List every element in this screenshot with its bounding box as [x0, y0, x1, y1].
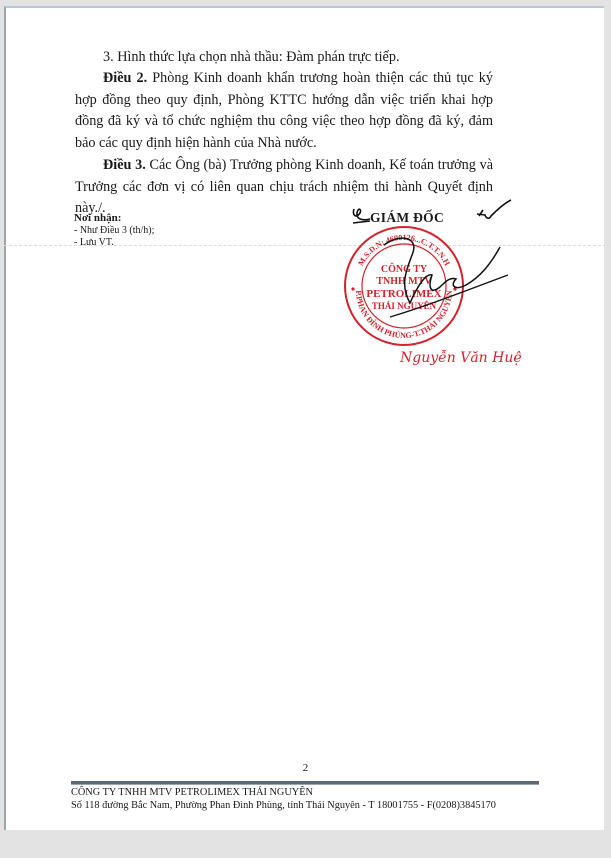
item-3-text: 3. Hình thức lựa chọn nhà thầu: Đàm phán… — [103, 49, 400, 65]
signature-title-text: GIÁM ĐỐC — [370, 210, 444, 225]
recipients-title: Nơi nhận: — [74, 211, 154, 225]
recipients: Nơi nhận: - Như Điều 3 (th/h); - Lưu VT. — [74, 211, 154, 249]
footer-company: CÔNG TY TNHH MTV PETROLIMEX THÁI NGUYÊN — [71, 786, 496, 799]
checkmark-icon — [475, 198, 515, 226]
recipient-item: - Lưu VT. — [74, 237, 154, 249]
footer: CÔNG TY TNHH MTV PETROLIMEX THÁI NGUYÊN … — [71, 786, 496, 812]
page-number: 2 — [0, 762, 611, 774]
page-number-text: 2 — [303, 762, 309, 774]
article-3-label: Điều 3. — [103, 157, 146, 173]
signer-name-text: Nguyễn Văn Huệ — [400, 350, 522, 366]
handwritten-signature — [370, 225, 510, 335]
footer-address: Số 118 đường Bắc Nam, Phường Phan Đình P… — [71, 799, 496, 812]
article-2-label: Điều 2. — [103, 70, 147, 86]
signer-name: Nguyễn Văn Huệ — [400, 350, 522, 366]
item-3: 3. Hình thức lựa chọn nhà thầu: Đàm phán… — [75, 47, 493, 69]
article-2: Điều 2. Phòng Kinh doanh khẩn trương hoà… — [75, 68, 493, 154]
recipient-item: - Như Điều 3 (th/h); — [74, 225, 154, 237]
footer-divider — [71, 781, 539, 785]
